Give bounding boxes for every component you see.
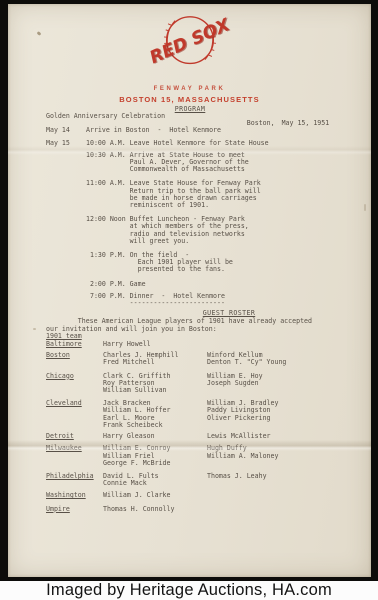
roster-city: Baltimore	[46, 341, 103, 348]
event-name: Golden Anniversary Celebration	[46, 112, 165, 120]
paper-stain	[364, 204, 366, 211]
roster-players-col2: William J. Bradley Paddy Livingston Oliv…	[207, 400, 278, 429]
roster-players-col2: William E. Hoy Joseph Sugden	[207, 373, 263, 395]
program-item-date	[46, 216, 86, 245]
program-item: 2:00 P.M. Game	[46, 281, 348, 288]
roster-row: Chicago Clark C. Griffith Roy Patterson …	[46, 373, 348, 395]
heritage-caption-bar: Imaged by Heritage Auctions, HA.com	[0, 581, 378, 600]
roster-players-col2: Lewis McAllister	[207, 433, 271, 440]
program-item-date: May 15	[46, 140, 86, 147]
event-date: May 15, 1951	[282, 119, 330, 127]
roster-players-col1: Clark C. Griffith Roy Patterson William …	[103, 373, 207, 395]
program-item: May 15 10:00 A.M. Leave Hotel Kenmore fo…	[46, 140, 348, 147]
typewritten-document: PROGRAM Golden Anniversary Celebration B…	[46, 106, 348, 517]
program-item: 7:00 P.M. Dinner - Hotel Kenmore -------…	[46, 293, 348, 307]
program-item-date	[46, 152, 86, 174]
heritage-caption-text: Imaged by Heritage Auctions, HA.com	[46, 581, 332, 600]
roster-row: Milwaukee William E. Conroy William Frie…	[46, 445, 348, 467]
roster-players-col2: Winford Kellum Denton T. "Cy" Young	[207, 352, 286, 366]
roster-row: Umpire Thomas H. Connolly	[46, 506, 348, 513]
program-item-body: 2:00 P.M. Game	[86, 281, 146, 288]
document-page: RED SOX RED SOX FENWAY PARK BOSTON 15, M…	[8, 4, 371, 577]
roster-players-col1: Thomas H. Connolly	[103, 506, 207, 513]
roster-players-col1: Harry Gleason	[103, 433, 207, 440]
program-item-date	[46, 281, 86, 288]
program-item-date: May 14	[46, 127, 86, 134]
roster-city: Philadelphia	[46, 473, 103, 487]
roster-players-col2: Hugh Duffy William A. Maloney	[207, 445, 278, 467]
roster-players-col2: Thomas J. Leahy	[207, 473, 267, 487]
roster-players-col1: William E. Conroy William Friel George F…	[103, 445, 207, 467]
event-city: Boston,	[247, 119, 275, 127]
roster-city: Boston	[46, 352, 103, 366]
event-line: Golden Anniversary Celebration Boston,Ma…	[46, 113, 348, 120]
roster-team-label: 1901 team	[46, 333, 348, 340]
roster-row: Boston Charles J. Hemphill Fred Mitchell…	[46, 352, 348, 366]
program-item: 11:00 A.M. Leave State House for Fenway …	[46, 180, 348, 209]
roster-city: Chicago	[46, 373, 103, 395]
letterhead: RED SOX RED SOX FENWAY PARK BOSTON 15, M…	[8, 4, 371, 104]
program-item-body: 7:00 P.M. Dinner - Hotel Kenmore -------…	[86, 293, 225, 307]
roster-city: Milwaukee	[46, 445, 103, 467]
roster-players-col1: Harry Howell	[103, 341, 207, 348]
roster-players-col1: David L. Fults Connie Mack	[103, 473, 207, 487]
roster-city: Cleveland	[46, 400, 103, 429]
logo-text: RED SOX	[146, 15, 233, 68]
guest-roster-title: GUEST ROSTER	[78, 310, 378, 317]
letterhead-venue: FENWAY PARK	[8, 86, 371, 92]
paper-stain	[33, 328, 36, 330]
roster-players-col1: Charles J. Hemphill Fred Mitchell	[103, 352, 207, 366]
event-city-date: Boston,May 15, 1951	[215, 113, 329, 135]
program-item: 10:30 A.M. Arrive at State House to meet…	[46, 152, 348, 174]
program-item: 1:30 P.M. On the field - Each 1901 playe…	[46, 252, 348, 274]
program-item-body: 11:00 A.M. Leave State House for Fenway …	[86, 180, 261, 209]
guest-roster-intro: These American League players of 1901 ha…	[46, 318, 348, 332]
program-item-body: 12:00 Noon Buffet Luncheon - Fenway Park…	[86, 216, 249, 245]
program-item-date	[46, 252, 86, 274]
red-sox-baseball-logo-icon: RED SOX RED SOX	[134, 12, 246, 72]
program-item-date	[46, 180, 86, 209]
program-item-body: 10:00 A.M. Leave Hotel Kenmore for State…	[86, 140, 269, 147]
program-item-body: 10:30 A.M. Arrive at State House to meet…	[86, 152, 249, 174]
program-item-date	[46, 293, 86, 307]
roster-city: Umpire	[46, 506, 103, 513]
roster-row: Washington William J. Clarke	[46, 492, 348, 499]
program-item-body: Arrive in Boston - Hotel Kenmore	[86, 127, 221, 134]
roster-row: Detroit Harry Gleason Lewis McAllister	[46, 433, 348, 440]
roster-city: Detroit	[46, 433, 103, 440]
program-item-body: 1:30 P.M. On the field - Each 1901 playe…	[86, 252, 233, 274]
letterhead-address: BOSTON 15, MASSACHUSETTS	[8, 95, 371, 104]
roster-city: Washington	[46, 492, 103, 499]
roster-row: Philadelphia David L. Fults Connie Mack …	[46, 473, 348, 487]
roster-row: Cleveland Jack Bracken William L. Hoffer…	[46, 400, 348, 429]
program-item: 12:00 Noon Buffet Luncheon - Fenway Park…	[46, 216, 348, 245]
roster-players-col1: Jack Bracken William L. Hoffer Earl L. M…	[103, 400, 207, 429]
roster-players-col1: William J. Clarke	[103, 492, 207, 499]
roster-row: Baltimore Harry Howell	[46, 341, 348, 348]
